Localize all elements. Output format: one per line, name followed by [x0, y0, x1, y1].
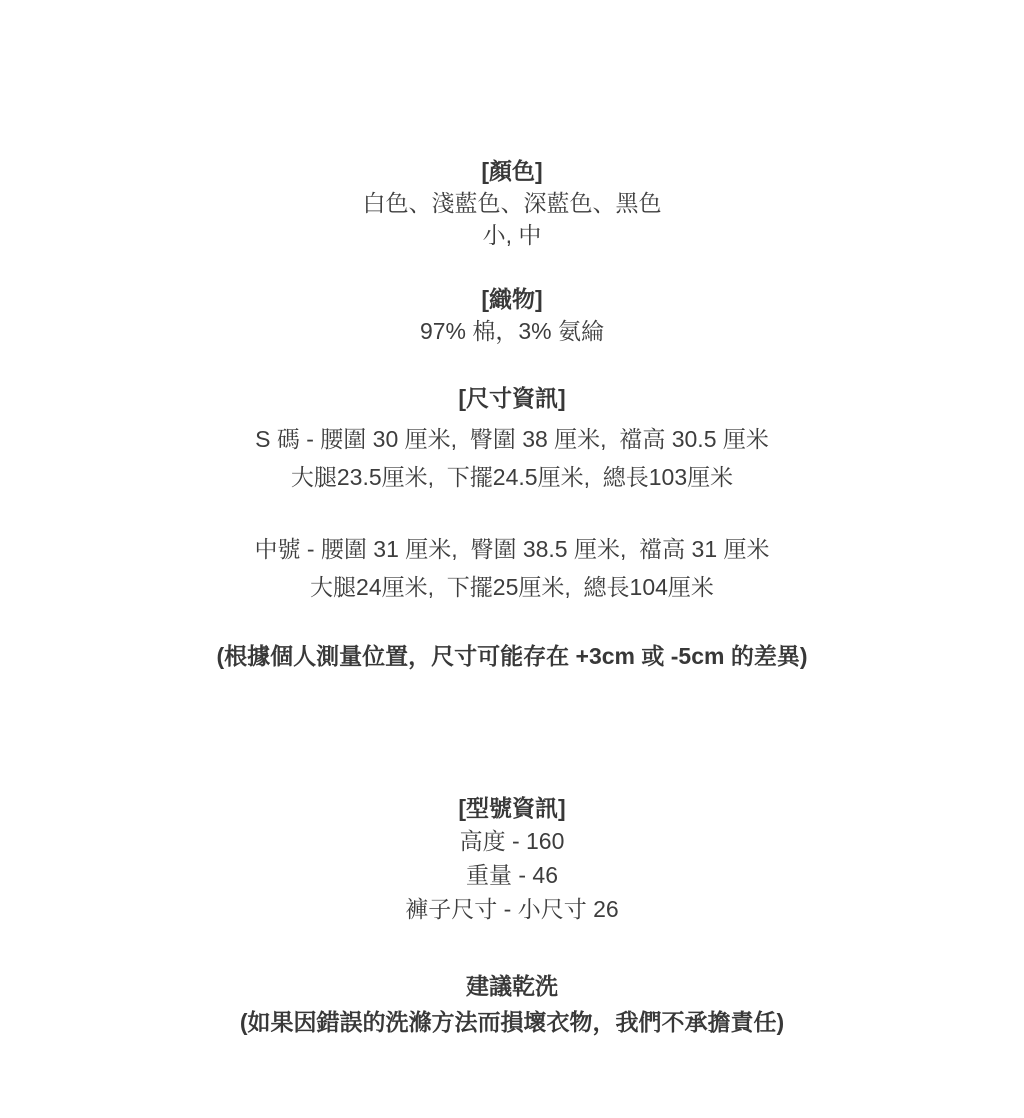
size-m-line-2: 大腿24厘米, 下擺25厘米, 總長104厘米 — [0, 568, 1024, 606]
care-section: 建議乾洗 (如果因錯誤的洗滌方法而損壞衣物，我們不承擔責任) — [0, 968, 1024, 1040]
size-m-measurements: 中號 - 腰圍 31 厘米, 臀圍 38.5 厘米, 襠高 31 厘米 大腿24… — [0, 530, 1024, 606]
size-info-section: [尺寸資訊] S 碼 - 腰圍 30 厘米, 臀圍 38 厘米, 襠高 30.5… — [0, 382, 1024, 674]
size-tolerance-note: (根據個人測量位置，尺寸可能存在 +3cm 或 -5cm 的差異) — [0, 638, 1024, 674]
color-section-heading: [顏色] — [0, 155, 1024, 187]
color-options-list: 白色、淺藍色、深藍色、黑色 — [0, 187, 1024, 219]
fabric-section-heading: [織物] — [0, 283, 1024, 315]
model-info-section: [型號資訊] 高度 - 160 重量 - 46 褲子尺寸 - 小尺寸 26 — [0, 792, 1024, 926]
size-availability: 小, 中 — [0, 219, 1024, 251]
fabric-section: [織物] 97% 棉，3% 氨綸 — [0, 283, 1024, 347]
color-section: [顏色] 白色、淺藍色、深藍色、黑色 小, 中 — [0, 155, 1024, 251]
care-recommendation: 建議乾洗 — [0, 968, 1024, 1004]
size-m-line-1: 中號 - 腰圍 31 厘米, 臀圍 38.5 厘米, 襠高 31 厘米 — [0, 530, 1024, 568]
size-info-heading: [尺寸資訊] — [0, 382, 1024, 414]
model-pants-size: 褲子尺寸 - 小尺寸 26 — [0, 892, 1024, 926]
product-description-page: [顏色] 白色、淺藍色、深藍色、黑色 小, 中 [織物] 97% 棉，3% 氨綸… — [0, 0, 1024, 1118]
model-height: 高度 - 160 — [0, 824, 1024, 858]
model-info-heading: [型號資訊] — [0, 792, 1024, 824]
size-s-line-1: S 碼 - 腰圍 30 厘米, 臀圍 38 厘米, 襠高 30.5 厘米 — [0, 420, 1024, 458]
size-s-measurements: S 碼 - 腰圍 30 厘米, 臀圍 38 厘米, 襠高 30.5 厘米 大腿2… — [0, 420, 1024, 496]
fabric-composition: 97% 棉，3% 氨綸 — [0, 315, 1024, 347]
care-disclaimer: (如果因錯誤的洗滌方法而損壞衣物，我們不承擔責任) — [0, 1004, 1024, 1040]
size-s-line-2: 大腿23.5厘米, 下擺24.5厘米, 總長103厘米 — [0, 458, 1024, 496]
model-weight: 重量 - 46 — [0, 858, 1024, 892]
